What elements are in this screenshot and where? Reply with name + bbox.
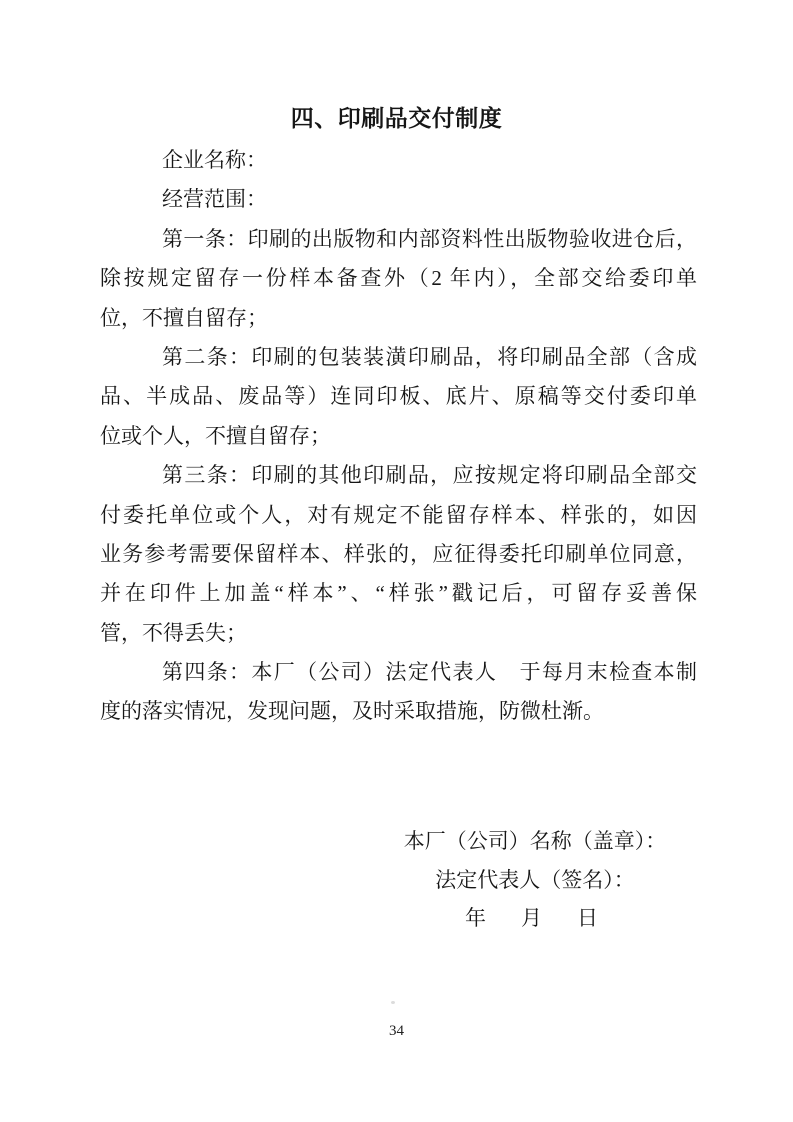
para2-line1: 第二条：印刷的包装装潢印刷品，将印刷品全部（含成 bbox=[100, 338, 697, 377]
page-number: 34 bbox=[0, 1023, 793, 1040]
signature-date-line: 年 月 日 bbox=[285, 899, 785, 938]
para2-line3: 位或个人，不擅自留存； bbox=[100, 417, 697, 456]
faint-scan-mark bbox=[391, 1001, 395, 1004]
signature-legal-rep-line: 法定代表人（签名）： bbox=[285, 861, 785, 900]
document-body: 企业名称： 经营范围： 第一条：印刷的出版物和内部资料性出版物验收进仓后， 除按… bbox=[100, 141, 697, 732]
para4-line1: 第四条：本厂（公司）法定代表人 于每月末检查本制 bbox=[100, 653, 697, 692]
signature-company-seal-line: 本厂（公司）名称（盖章）： bbox=[285, 822, 785, 861]
para3-line2: 付委托单位或个人，对有规定不能留存样本、样张的，如因 bbox=[100, 496, 697, 535]
company-name-label: 企业名称： bbox=[100, 141, 697, 180]
para1-line1: 第一条：印刷的出版物和内部资料性出版物验收进仓后， bbox=[100, 220, 697, 259]
para1-line2: 除按规定留存一份样本备查外（2 年内），全部交给委印单 bbox=[100, 259, 697, 298]
para3-line3: 业务参考需要保留样本、样张的，应征得委托印刷单位同意， bbox=[100, 535, 697, 574]
para3-line1: 第三条：印刷的其他印刷品，应按规定将印刷品全部交 bbox=[100, 456, 697, 495]
document-page: 四、印刷品交付制度 企业名称： 经营范围： 第一条：印刷的出版物和内部资料性出版… bbox=[0, 0, 793, 1122]
para2-line2: 品、半成品、废品等）连同印板、底片、原稿等交付委印单 bbox=[100, 377, 697, 416]
para3-line4: 并在印件上加盖“样本”、“样张”戳记后，可留存妥善保 bbox=[100, 574, 697, 613]
para3-line5: 管，不得丢失； bbox=[100, 614, 697, 653]
business-scope-label: 经营范围： bbox=[100, 180, 697, 219]
para1-line3: 位，不擅自留存； bbox=[100, 299, 697, 338]
para4-line2: 度的落实情况，发现问题，及时采取措施，防微杜渐。 bbox=[100, 692, 697, 731]
signature-block: 本厂（公司）名称（盖章）： 法定代表人（签名）： 年 月 日 bbox=[285, 822, 785, 938]
page-title: 四、印刷品交付制度 bbox=[0, 103, 793, 133]
